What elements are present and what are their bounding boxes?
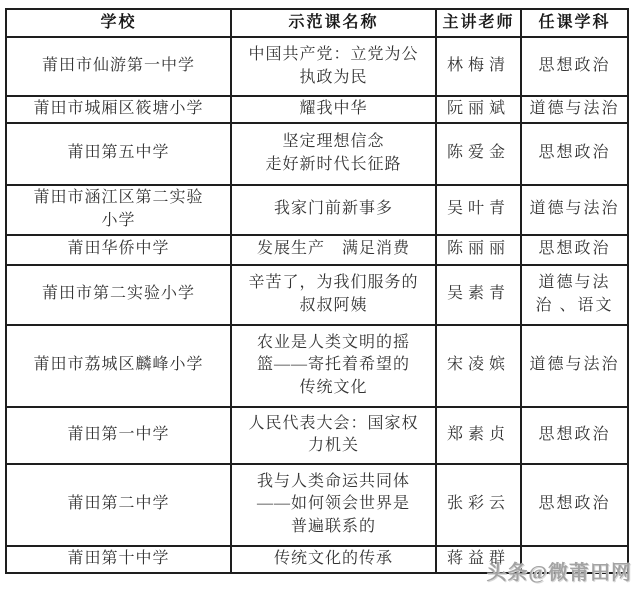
school-cell: 莆田市荔城区麟峰小学 xyxy=(6,325,231,407)
school-cell: 莆田市涵江区第二实验 小学 xyxy=(6,185,231,235)
teacher-cell: 张彩云 xyxy=(436,464,521,546)
teacher-cell: 吴素青 xyxy=(436,265,521,325)
subject-cell: 道德与法 治 、语文 xyxy=(521,265,628,325)
course-cell: 农业是人类文明的摇 篮——寄托着希望的 传统文化 xyxy=(231,325,436,407)
subject-cell: 思想政治 xyxy=(521,464,628,546)
course-cell: 人民代表大会：国家权 力机关 xyxy=(231,407,436,464)
subject-cell: 思想政治 xyxy=(521,235,628,265)
teacher-cell: 林梅清 xyxy=(436,37,521,96)
school-cell: 莆田市仙游第一中学 xyxy=(6,37,231,96)
course-cell: 我与人类命运共同体 ——如何领会世界是 普遍联系的 xyxy=(231,464,436,546)
course-cell: 发展生产 满足消费 xyxy=(231,235,436,265)
column-header-teacher: 主讲老师 xyxy=(436,9,521,37)
school-cell: 莆田第一中学 xyxy=(6,407,231,464)
table-row: 莆田第五中学 坚定理想信念 走好新时代长征路 陈爱金 思想政治 xyxy=(6,123,628,185)
school-cell: 莆田第十中学 xyxy=(6,546,231,573)
column-header-school: 学校 xyxy=(6,9,231,37)
school-cell: 莆田市第二实验小学 xyxy=(6,265,231,325)
table-row: 莆田第二中学 我与人类命运共同体 ——如何领会世界是 普遍联系的 张彩云 思想政… xyxy=(6,464,628,546)
teacher-cell: 陈爱金 xyxy=(436,123,521,185)
subject-cell: 思想政治 xyxy=(521,37,628,96)
teacher-cell: 阮丽斌 xyxy=(436,96,521,123)
table-row: 莆田第十中学 传统文化的传承 蒋益群 xyxy=(6,546,628,573)
course-cell: 我家门前新事多 xyxy=(231,185,436,235)
course-cell: 辛苦了，为我们服务的 叔叔阿姨 xyxy=(231,265,436,325)
header-row: 学校 示范课名称 主讲老师 任课学科 xyxy=(6,9,628,37)
course-cell: 耀我中华 xyxy=(231,96,436,123)
subject-cell: 思想政治 xyxy=(521,123,628,185)
school-cell: 莆田第二中学 xyxy=(6,464,231,546)
subject-cell: 道德与法治 xyxy=(521,185,628,235)
teacher-cell: 宋凌嫔 xyxy=(436,325,521,407)
column-header-subject: 任课学科 xyxy=(521,9,628,37)
school-cell: 莆田第五中学 xyxy=(6,123,231,185)
subject-cell: 思想政治 xyxy=(521,407,628,464)
table-row: 莆田市第二实验小学 辛苦了，为我们服务的 叔叔阿姨 吴素青 道德与法 治 、语文 xyxy=(6,265,628,325)
course-cell: 坚定理想信念 走好新时代长征路 xyxy=(231,123,436,185)
teacher-cell: 郑素贞 xyxy=(436,407,521,464)
award-table-document: 学校 示范课名称 主讲老师 任课学科 莆田市仙游第一中学 中国共产党：立党为公 … xyxy=(5,8,629,574)
subject-cell: 道德与法治 xyxy=(521,325,628,407)
teacher-cell: 吴叶青 xyxy=(436,185,521,235)
table-row: 莆田市仙游第一中学 中国共产党：立党为公 执政为民 林梅清 思想政治 xyxy=(6,37,628,96)
teacher-cell: 蒋益群 xyxy=(436,546,521,573)
subject-cell: 道德与法治 xyxy=(521,96,628,123)
subject-cell xyxy=(521,546,628,573)
table-row: 莆田华侨中学 发展生产 满足消费 陈丽丽 思想政治 xyxy=(6,235,628,265)
school-cell: 莆田市城厢区筱塘小学 xyxy=(6,96,231,123)
table-row: 莆田市荔城区麟峰小学 农业是人类文明的摇 篮——寄托着希望的 传统文化 宋凌嫔 … xyxy=(6,325,628,407)
course-cell: 传统文化的传承 xyxy=(231,546,436,573)
demo-course-table: 学校 示范课名称 主讲老师 任课学科 莆田市仙游第一中学 中国共产党：立党为公 … xyxy=(5,8,629,574)
table-row: 莆田第一中学 人民代表大会：国家权 力机关 郑素贞 思想政治 xyxy=(6,407,628,464)
column-header-course: 示范课名称 xyxy=(231,9,436,37)
teacher-cell: 陈丽丽 xyxy=(436,235,521,265)
table-row: 莆田市涵江区第二实验 小学 我家门前新事多 吴叶青 道德与法治 xyxy=(6,185,628,235)
course-cell: 中国共产党：立党为公 执政为民 xyxy=(231,37,436,96)
school-cell: 莆田华侨中学 xyxy=(6,235,231,265)
table-row: 莆田市城厢区筱塘小学 耀我中华 阮丽斌 道德与法治 xyxy=(6,96,628,123)
